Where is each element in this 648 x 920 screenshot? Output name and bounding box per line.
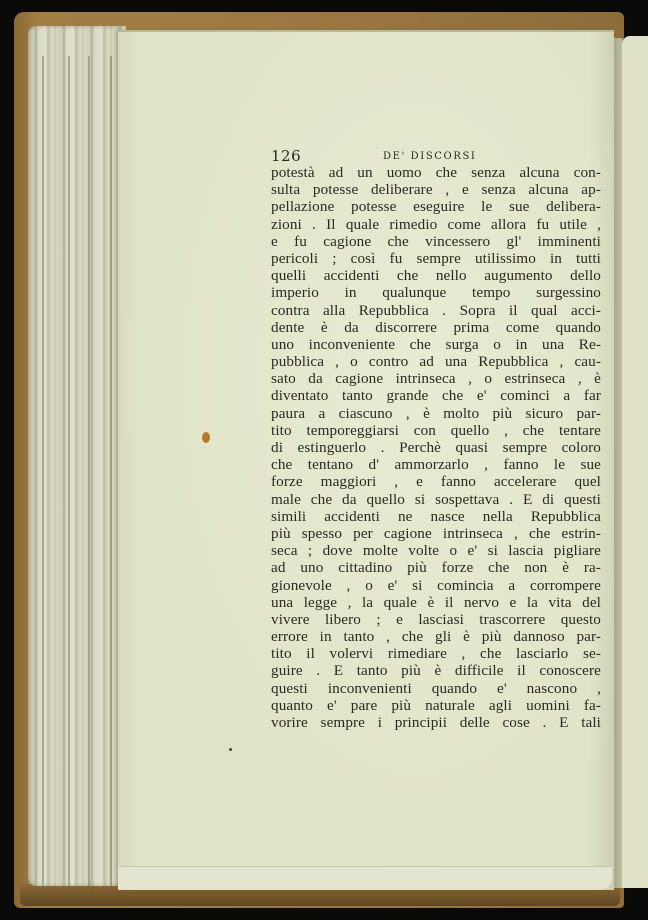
text-line: quelli accidenti che nello augumento del… <box>271 267 601 284</box>
text-line: tito temporeggiarsi con quello , che ten… <box>271 422 601 439</box>
page-number: 126 <box>271 148 301 164</box>
page-edge-line <box>110 56 112 896</box>
text-line: più spesso per cagione intrinseca , che … <box>271 525 601 542</box>
text-line: questi inconvenienti quando e' nascono , <box>271 680 601 697</box>
text-line: potestà ad un uomo che senza alcuna con- <box>271 164 601 181</box>
book-gutter <box>614 38 622 888</box>
ink-speck <box>229 748 232 751</box>
text-line: paura a ciascuno , è molto più sicuro pa… <box>271 405 601 422</box>
text-line: zioni . Il quale rimedio come allora fu … <box>271 216 601 233</box>
text-line: quanto e' pare più naturale agli uomini … <box>271 697 601 714</box>
running-head-title: DE' DISCORSI <box>383 149 476 165</box>
text-line: seca ; dove molte volte o e' si lascia p… <box>271 542 601 559</box>
text-line: sato da cagione intrinseca , o estrinsec… <box>271 370 601 387</box>
text-line: gionevole , o e' si comincia a corromper… <box>271 577 601 594</box>
text-line: male che da quello si sospettava . E di … <box>271 491 601 508</box>
text-line: contra alla Repubblica . Sopra il qual a… <box>271 302 601 319</box>
text-line: di estinguerlo . Perchè quasi sempre col… <box>271 439 601 456</box>
text-line: ad uno cittadino più forze che non è ra- <box>271 559 601 576</box>
text-line: una legge , la quale è il nervo e la vit… <box>271 594 601 611</box>
body-text: potestà ad un uomo che senza alcuna con-… <box>271 164 601 731</box>
text-line: forze maggiori , e fanno accelerare quel <box>271 473 601 490</box>
scanned-book-spread: 126 DE' DISCORSI potestà ad un uomo che … <box>0 0 648 920</box>
text-line: uno inconveniente che surga o in una Re- <box>271 336 601 353</box>
text-line: vorire sempre i principii delle cose . E… <box>271 714 601 731</box>
running-head: 126 DE' DISCORSI <box>271 148 601 164</box>
text-line: pellazione potesse eseguire le sue delib… <box>271 198 601 215</box>
text-line: errore in tanto , che gli è più dannoso … <box>271 628 601 645</box>
text-line: guire . E tanto più è difficile il conos… <box>271 662 601 679</box>
text-line: tito il volervi rimediare , che lasciarl… <box>271 645 601 662</box>
left-page-bottom-edge <box>118 866 612 889</box>
page-text-block: 126 DE' DISCORSI potestà ad un uomo che … <box>271 148 601 731</box>
page-edge-line <box>88 56 90 896</box>
text-line: imperio in qualunque tempo surgessino <box>271 284 601 301</box>
text-line: vivere libero ; e lasciasi trascorrere q… <box>271 611 601 628</box>
text-line: e fu cagione che vincessero gl' imminent… <box>271 233 601 250</box>
page-edge-line <box>42 56 44 896</box>
page-edge-line <box>68 56 70 896</box>
text-line: pubblica , o contro ad una Repubblica , … <box>271 353 601 370</box>
text-line: simili accidenti ne nasce nella Repubbli… <box>271 508 601 525</box>
stacked-page-edges <box>28 26 126 886</box>
text-line: diventato tanto grande che e' cominci a … <box>271 387 601 404</box>
text-line: pericoli ; così fu sempre utilissimo in … <box>271 250 601 267</box>
text-line: che tentano d' ammorzarlo , fanno le sue <box>271 456 601 473</box>
text-line: sulta potesse deliberare , e senza alcun… <box>271 181 601 198</box>
text-line: dente è da discorrere prima come quando <box>271 319 601 336</box>
facing-right-page <box>622 36 648 888</box>
foxing-stain <box>202 432 210 443</box>
